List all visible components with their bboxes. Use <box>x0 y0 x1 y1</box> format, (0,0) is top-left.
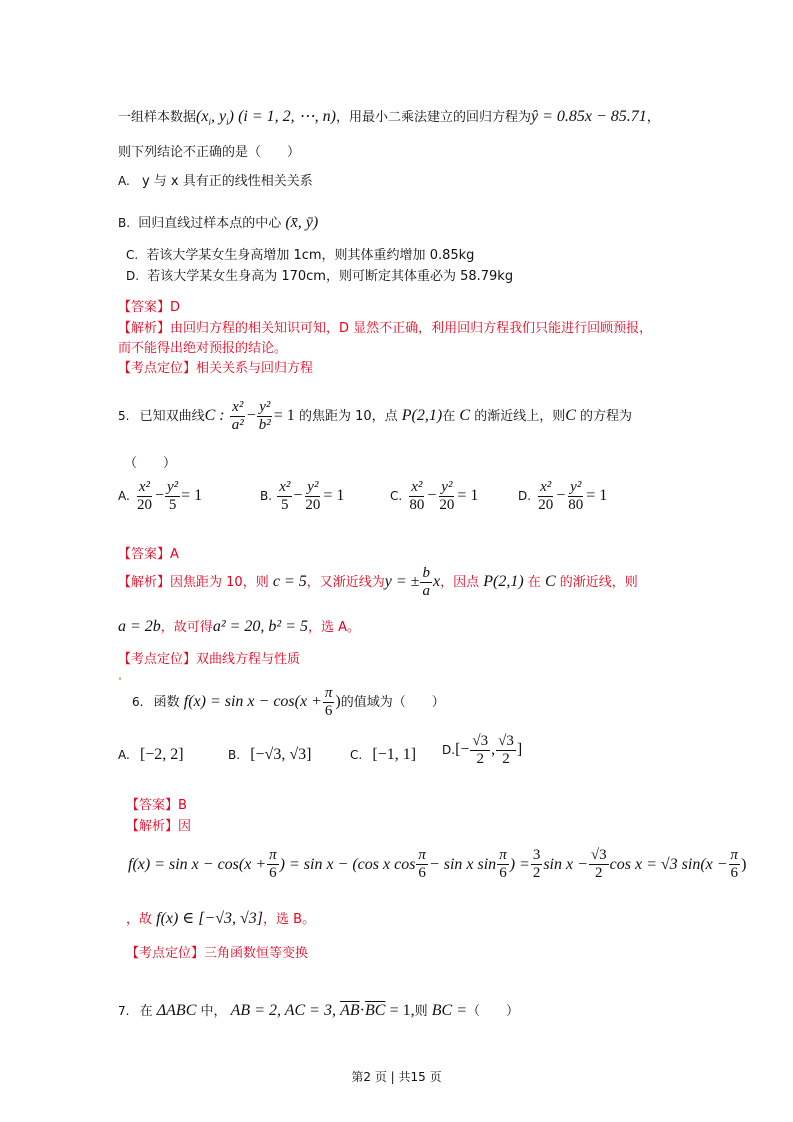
analysis-math: c = 5 <box>273 573 307 590</box>
q4-stem-line1: 一组样本数据(xi, yi) (i = 1, 2, ⋯, n)，用最小二乘法建立… <box>118 106 660 127</box>
topic-value: 相关关系与回归方程 <box>196 361 313 376</box>
q5-option-d: D. x²20−y²80= 1 <box>518 480 607 513</box>
q4-stem-text: 一组样本数据 <box>118 110 196 125</box>
denominator: 2 <box>531 865 543 881</box>
topic-label: 【考点定位】 <box>126 946 204 961</box>
q6-derivation: f(x) = sin x − cos(x +π6) = sin x − (cos… <box>128 848 746 881</box>
derivation-part: ) <box>741 856 746 873</box>
fraction: 32 <box>531 848 543 881</box>
denominator: 2 <box>593 865 605 881</box>
fraction: y²80 <box>566 480 585 513</box>
numerator: y² <box>257 400 272 417</box>
option-letter: D. <box>442 743 455 757</box>
analysis-text: ，故 <box>126 912 152 927</box>
q5-stem-text: 的渐近线上，则 <box>474 409 565 424</box>
derivation-part: cos x = √3 sin(x − <box>610 856 728 873</box>
analysis-text: 的渐近线，则 <box>560 575 638 590</box>
q4-option-b: B. 回归直线过样本点的中心 (x̄, ȳ) <box>118 212 318 232</box>
option-letter: B. <box>260 489 272 503</box>
analysis-text: ，选 B。 <box>263 912 315 927</box>
answer-label: 【答案】 <box>126 798 178 813</box>
q4-option-a: A. y 与 x 具有正的线性相关关系 <box>118 170 313 189</box>
denominator: 2 <box>500 751 512 767</box>
analysis-text: 在 <box>528 575 541 590</box>
equation-rhs: = 1 <box>274 407 295 424</box>
analysis-math: P(2,1) <box>483 573 523 590</box>
q5-fraction-2: y²b² <box>257 400 273 433</box>
q6-option-b: B. [−√3, √3] <box>228 746 311 764</box>
analysis-math: f(x) ∈ [−√3, √3] <box>156 910 263 927</box>
option-value: [−1, 1] <box>372 746 416 763</box>
q4-analysis-line1: 【解析】由回归方程的相关知识可知，D 显然不正确，利用回归方程我们只能进行回顾预… <box>118 317 652 336</box>
q7-bracket: （ ） <box>467 1004 519 1019</box>
q6-option-c: C. [−1, 1] <box>350 746 416 764</box>
q6-option-d: D.[−√32,√32] <box>442 734 522 767</box>
q7-conditions: AB = 2, AC = 3, <box>231 1002 336 1019</box>
denominator: 20 <box>135 497 154 513</box>
numerator: x² <box>230 400 245 417</box>
answer-value: D <box>170 300 180 315</box>
numerator: π <box>729 848 741 865</box>
q5-stem-text: 在 <box>442 409 455 424</box>
denominator: 5 <box>279 497 291 513</box>
fraction: π6 <box>267 848 279 881</box>
q6-stem-text: 的值域为（ ） <box>341 695 445 710</box>
option-value: , <box>491 741 495 758</box>
numerator: √3 <box>470 734 490 751</box>
q5-stem-text: 的方程为 <box>580 409 632 424</box>
equation-rhs: = 1 <box>323 487 344 504</box>
q7-conditions: = 1, <box>390 1002 415 1019</box>
denominator: 6 <box>729 865 741 881</box>
q5-answer: 【答案】A <box>118 543 179 562</box>
q6-conclusion: ，故 f(x) ∈ [−√3, √3]，选 B。 <box>126 908 315 928</box>
analysis-label: 【解析】 <box>126 819 178 834</box>
answer-label: 【答案】 <box>118 300 170 315</box>
equation-rhs: = 1 <box>457 487 478 504</box>
q5-topic: 【考点定位】双曲线方程与性质 <box>118 648 300 667</box>
numerator: x² <box>137 480 152 497</box>
analysis-label: 【解析】 <box>118 321 170 336</box>
fraction: √32 <box>470 734 490 767</box>
option-value: [−2, 2] <box>140 746 184 763</box>
denominator: 5 <box>167 497 179 513</box>
q4-index-range: (i = 1, 2, ⋯, n) <box>238 108 336 125</box>
equation-rhs: = 1 <box>181 487 202 504</box>
fraction: x²20 <box>536 480 555 513</box>
q5-stem-text: 已知双曲线 <box>140 409 205 424</box>
denominator: a² <box>230 417 246 433</box>
analysis-text: ，故可得 <box>161 620 213 635</box>
analysis-math: x <box>433 573 440 590</box>
q6-topic: 【考点定位】三角函数恒等变换 <box>126 942 308 961</box>
q4-regression-equation: ŷ = 0.85x − 85.71 <box>531 108 647 125</box>
q4-comma: ， <box>647 110 660 125</box>
q5-curve-ref: C <box>459 407 470 424</box>
fraction: y²5 <box>165 480 180 513</box>
numerator: π <box>323 686 335 703</box>
numerator: π <box>497 848 509 865</box>
topic-value: 三角函数恒等变换 <box>204 946 308 961</box>
numerator: b <box>420 566 432 583</box>
q5-stem: 5. 已知双曲线C : x²a²−y²b²= 1 的焦距为 10，点 P(2,1… <box>118 400 632 433</box>
analysis-math: a² = 20, b² = 5 <box>213 618 308 635</box>
option-value: [−√3, √3] <box>250 746 311 763</box>
fraction: √32 <box>589 848 609 881</box>
topic-value: 双曲线方程与性质 <box>196 652 300 667</box>
q6-function: f(x) = sin x − cos(x + <box>184 693 322 710</box>
q5-curve-name: C : <box>205 407 225 424</box>
q5-option-b: B. x²5−y²20= 1 <box>260 480 344 513</box>
q5-fraction-1: x²a² <box>230 400 246 433</box>
fraction: π6 <box>729 848 741 881</box>
q5-analysis-line1: 【解析】因焦距为 10，则 c = 5，又渐近线为y = ±bax，因点 P(2… <box>118 566 638 599</box>
numerator: y² <box>439 480 454 497</box>
question-number: 6. <box>132 695 143 709</box>
analysis-text: 因 <box>178 819 191 834</box>
denominator: b² <box>257 417 273 433</box>
q7-ask: BC = <box>432 1002 467 1019</box>
numerator: √3 <box>589 848 609 865</box>
analysis-text: ，又渐近线为 <box>307 575 385 590</box>
numerator: π <box>267 848 279 865</box>
analysis-math: C <box>545 573 556 590</box>
q4-analysis-line2: 而不能得出绝对预报的结论。 <box>118 337 287 356</box>
denominator: a <box>420 583 432 599</box>
fraction: ba <box>420 566 432 599</box>
denominator: 20 <box>536 497 555 513</box>
q4-topic: 【考点定位】相关关系与回归方程 <box>118 357 313 376</box>
fraction: π6 <box>497 848 509 881</box>
numerator: y² <box>568 480 583 497</box>
derivation-part: − sin x sin <box>429 856 496 873</box>
topic-label: 【考点定位】 <box>118 652 196 667</box>
q7-stem-text: 则 <box>415 1004 428 1019</box>
option-value: [− <box>455 741 469 758</box>
analysis-text: 由回归方程的相关知识可知，D 显然不正确，利用回归方程我们只能进行回顾预报， <box>170 321 652 336</box>
numerator: y² <box>305 480 320 497</box>
numerator: √3 <box>496 734 516 751</box>
equation-rhs: = 1 <box>586 487 607 504</box>
q4-stem-mid: ，用最小二乘法建立的回归方程为 <box>336 110 531 125</box>
q5-analysis-line2: a = 2b，故可得a² = 20, b² = 5，选 A。 <box>118 616 360 636</box>
fraction: x²80 <box>407 480 426 513</box>
option-letter: B. <box>228 748 240 762</box>
q6-stem: 6. 函数 f(x) = sin x − cos(x +π6)的值域为（ ） <box>132 686 445 719</box>
q4-option-c: C. 若该大学某女生身高增加 1cm，则其体重约增加 0.85kg <box>126 244 474 263</box>
denominator: 2 <box>475 751 487 767</box>
q7-vector-bc: BC <box>365 1002 385 1019</box>
stray-mark <box>119 677 121 680</box>
denominator: 6 <box>267 865 279 881</box>
analysis-label: 【解析】 <box>118 575 170 590</box>
numerator: y² <box>165 480 180 497</box>
q6-stem-text: 函数 <box>154 695 180 710</box>
q4-answer: 【答案】D <box>118 296 180 315</box>
option-math: (x̄, ȳ) <box>285 214 318 231</box>
q6-option-a: A. [−2, 2] <box>118 746 184 764</box>
analysis-text: ，因点 <box>440 575 479 590</box>
question-number: 5. <box>118 409 129 423</box>
q5-point: P(2,1) <box>402 407 442 424</box>
q5-stem-text: 的焦距为 10，点 <box>299 409 398 424</box>
q6-analysis-label: 【解析】因 <box>126 815 191 834</box>
option-letter: A. <box>118 748 130 762</box>
topic-label: 【考点定位】 <box>118 361 196 376</box>
option-text: 回归直线过样本点的中心 <box>138 216 281 231</box>
q5-curve-ref: C <box>565 407 576 424</box>
option-text: 若该大学某女生身高增加 1cm，则其体重约增加 0.85kg <box>146 248 474 263</box>
fraction: π6 <box>323 686 335 719</box>
derivation-part: sin x − <box>543 856 588 873</box>
q7-stem-text: 在 <box>140 1004 153 1019</box>
q4-option-d: D. 若该大学某女生身高为 170cm，则可断定其体重必为 58.79kg <box>126 265 513 284</box>
q5-bracket: （ ） <box>124 452 176 471</box>
denominator: 6 <box>323 703 335 719</box>
numerator: x² <box>277 480 292 497</box>
numerator: x² <box>409 480 424 497</box>
option-letter: C. <box>390 489 402 503</box>
fraction: y²20 <box>303 480 322 513</box>
q4-sample-pair: (xi, yi) <box>196 108 234 125</box>
option-letter: B. <box>118 216 130 230</box>
fraction: x²5 <box>277 480 292 513</box>
numerator: π <box>416 848 428 865</box>
analysis-text: 因焦距为 10，则 <box>170 575 269 590</box>
denominator: 20 <box>303 497 322 513</box>
option-text: 若该大学某女生身高为 170cm，则可断定其体重必为 58.79kg <box>147 269 513 284</box>
denominator: 6 <box>416 865 428 881</box>
option-value: ] <box>517 741 522 758</box>
numerator: x² <box>538 480 553 497</box>
option-letter: D. <box>518 489 531 503</box>
denominator: 6 <box>497 865 509 881</box>
q6-answer: 【答案】B <box>126 794 187 813</box>
analysis-text: ，选 A。 <box>308 620 360 635</box>
option-letter: C. <box>126 248 138 262</box>
q5-option-c: C. x²80−y²20= 1 <box>390 480 478 513</box>
q4-stem-line2: 则下列结论不正确的是（ ） <box>118 141 300 160</box>
numerator: 3 <box>531 848 543 865</box>
analysis-math: a = 2b <box>118 618 161 635</box>
option-letter: C. <box>350 748 362 762</box>
derivation-part: ) = sin x − (cos x cos <box>280 856 416 873</box>
fraction: √32 <box>496 734 516 767</box>
answer-value: A <box>170 547 179 562</box>
derivation-part: f(x) = sin x − cos(x + <box>128 856 266 873</box>
question-number: 7. <box>118 1004 129 1018</box>
option-letter: D. <box>126 269 139 283</box>
option-text: y 与 x 具有正的线性相关关系 <box>142 174 313 189</box>
fraction: π6 <box>416 848 428 881</box>
analysis-math: y = ± <box>385 573 420 590</box>
derivation-part: ) = <box>510 856 530 873</box>
denominator: 80 <box>566 497 585 513</box>
q7-vector-ab: AB <box>340 1002 360 1019</box>
denominator: 20 <box>437 497 456 513</box>
denominator: 80 <box>407 497 426 513</box>
answer-value: B <box>178 798 187 813</box>
fraction: y²20 <box>437 480 456 513</box>
q7-stem: 7. 在 ΔABC 中， AB = 2, AC = 3, AB·BC = 1,则… <box>118 1000 519 1020</box>
fraction: x²20 <box>135 480 154 513</box>
q5-option-a: A. x²20−y²5= 1 <box>118 480 202 513</box>
q7-triangle: ΔABC <box>157 1002 197 1019</box>
option-letter: A. <box>118 489 130 503</box>
q7-stem-text: 中， <box>201 1004 227 1019</box>
answer-label: 【答案】 <box>118 547 170 562</box>
page-footer: 第2 页 | 共15 页 <box>0 1068 793 1085</box>
option-letter: A. <box>118 174 130 188</box>
